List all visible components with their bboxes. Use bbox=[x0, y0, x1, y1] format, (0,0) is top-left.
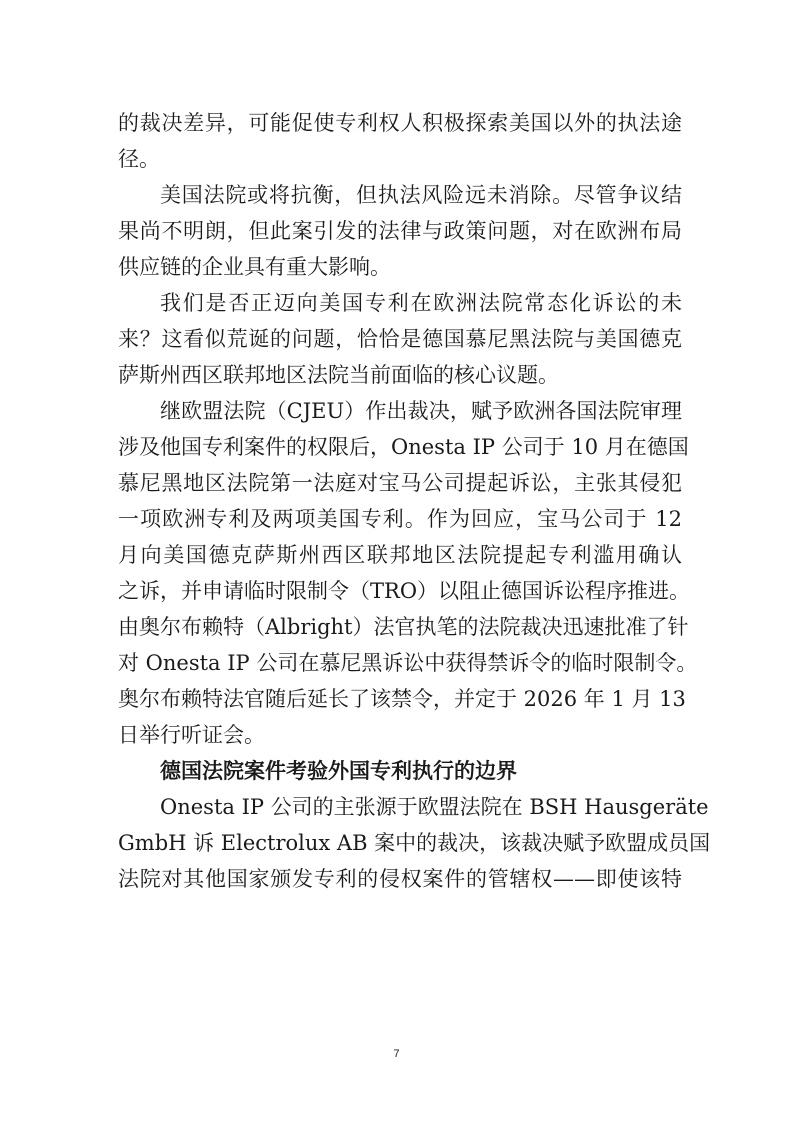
paragraph-line: 来？这看似荒诞的问题，恰恰是德国慕尼黑法院与美国德克 bbox=[118, 321, 682, 357]
paragraph-line: 奥尔布赖特法官随后延长了该禁令，并定于 2026 年 1 月 13 bbox=[118, 681, 682, 717]
paragraph-line: Onesta IP 公司的主张源于欧盟法院在 BSH Hausgeräte bbox=[160, 789, 682, 825]
paragraph-line: 供应链的企业具有重大影响。 bbox=[118, 249, 682, 285]
page-number: 7 bbox=[0, 1048, 793, 1060]
paragraph-line: 法院对其他国家颁发专利的侵权案件的管辖权——即使该特 bbox=[118, 861, 682, 897]
paragraph-line: 月向美国德克萨斯州西区联邦地区法院提起专利滥用确认 bbox=[118, 537, 682, 573]
paragraph-line: 日举行听证会。 bbox=[118, 717, 682, 753]
paragraph-line: 慕尼黑地区法院第一法庭对宝马公司提起诉讼，主张其侵犯 bbox=[118, 465, 682, 501]
paragraph-line: 我们是否正迈向美国专利在欧洲法院常态化诉讼的未 bbox=[160, 285, 682, 321]
paragraph-line: 的裁决差异，可能促使专利权人积极探索美国以外的执法途 bbox=[118, 105, 682, 141]
paragraph-line: 径。 bbox=[118, 141, 682, 177]
paragraph-line: 对 Onesta IP 公司在慕尼黑诉讼中获得禁诉令的临时限制令。 bbox=[118, 645, 682, 681]
document-page: 的裁决差异，可能促使专利权人积极探索美国以外的执法途 径。 美国法院或将抗衡，但… bbox=[0, 0, 793, 1122]
paragraph-line: 继欧盟法院（CJEU）作出裁决，赋予欧洲各国法院审理 bbox=[160, 393, 682, 429]
paragraph-line: GmbH 诉 Electrolux AB 案中的裁决，该裁决赋予欧盟成员国 bbox=[118, 825, 682, 861]
paragraph-line: 之诉，并申请临时限制令（TRO）以阻止德国诉讼程序推进。 bbox=[118, 573, 682, 609]
paragraph-line: 美国法院或将抗衡，但执法风险远未消除。尽管争议结 bbox=[160, 177, 682, 213]
section-heading: 德国法院案件考验外国专利执行的边界 bbox=[160, 753, 682, 789]
paragraph-line: 涉及他国专利案件的权限后，Onesta IP 公司于 10 月在德国 bbox=[118, 429, 682, 465]
paragraph-line: 由奥尔布赖特（Albright）法官执笔的法院裁决迅速批准了针 bbox=[118, 609, 682, 645]
paragraph-line: 一项欧洲专利及两项美国专利。作为回应，宝马公司于 12 bbox=[118, 501, 682, 537]
paragraph-line: 萨斯州西区联邦地区法院当前面临的核心议题。 bbox=[118, 357, 682, 393]
paragraph-line: 果尚不明朗，但此案引发的法律与政策问题，对在欧洲布局 bbox=[118, 213, 682, 249]
